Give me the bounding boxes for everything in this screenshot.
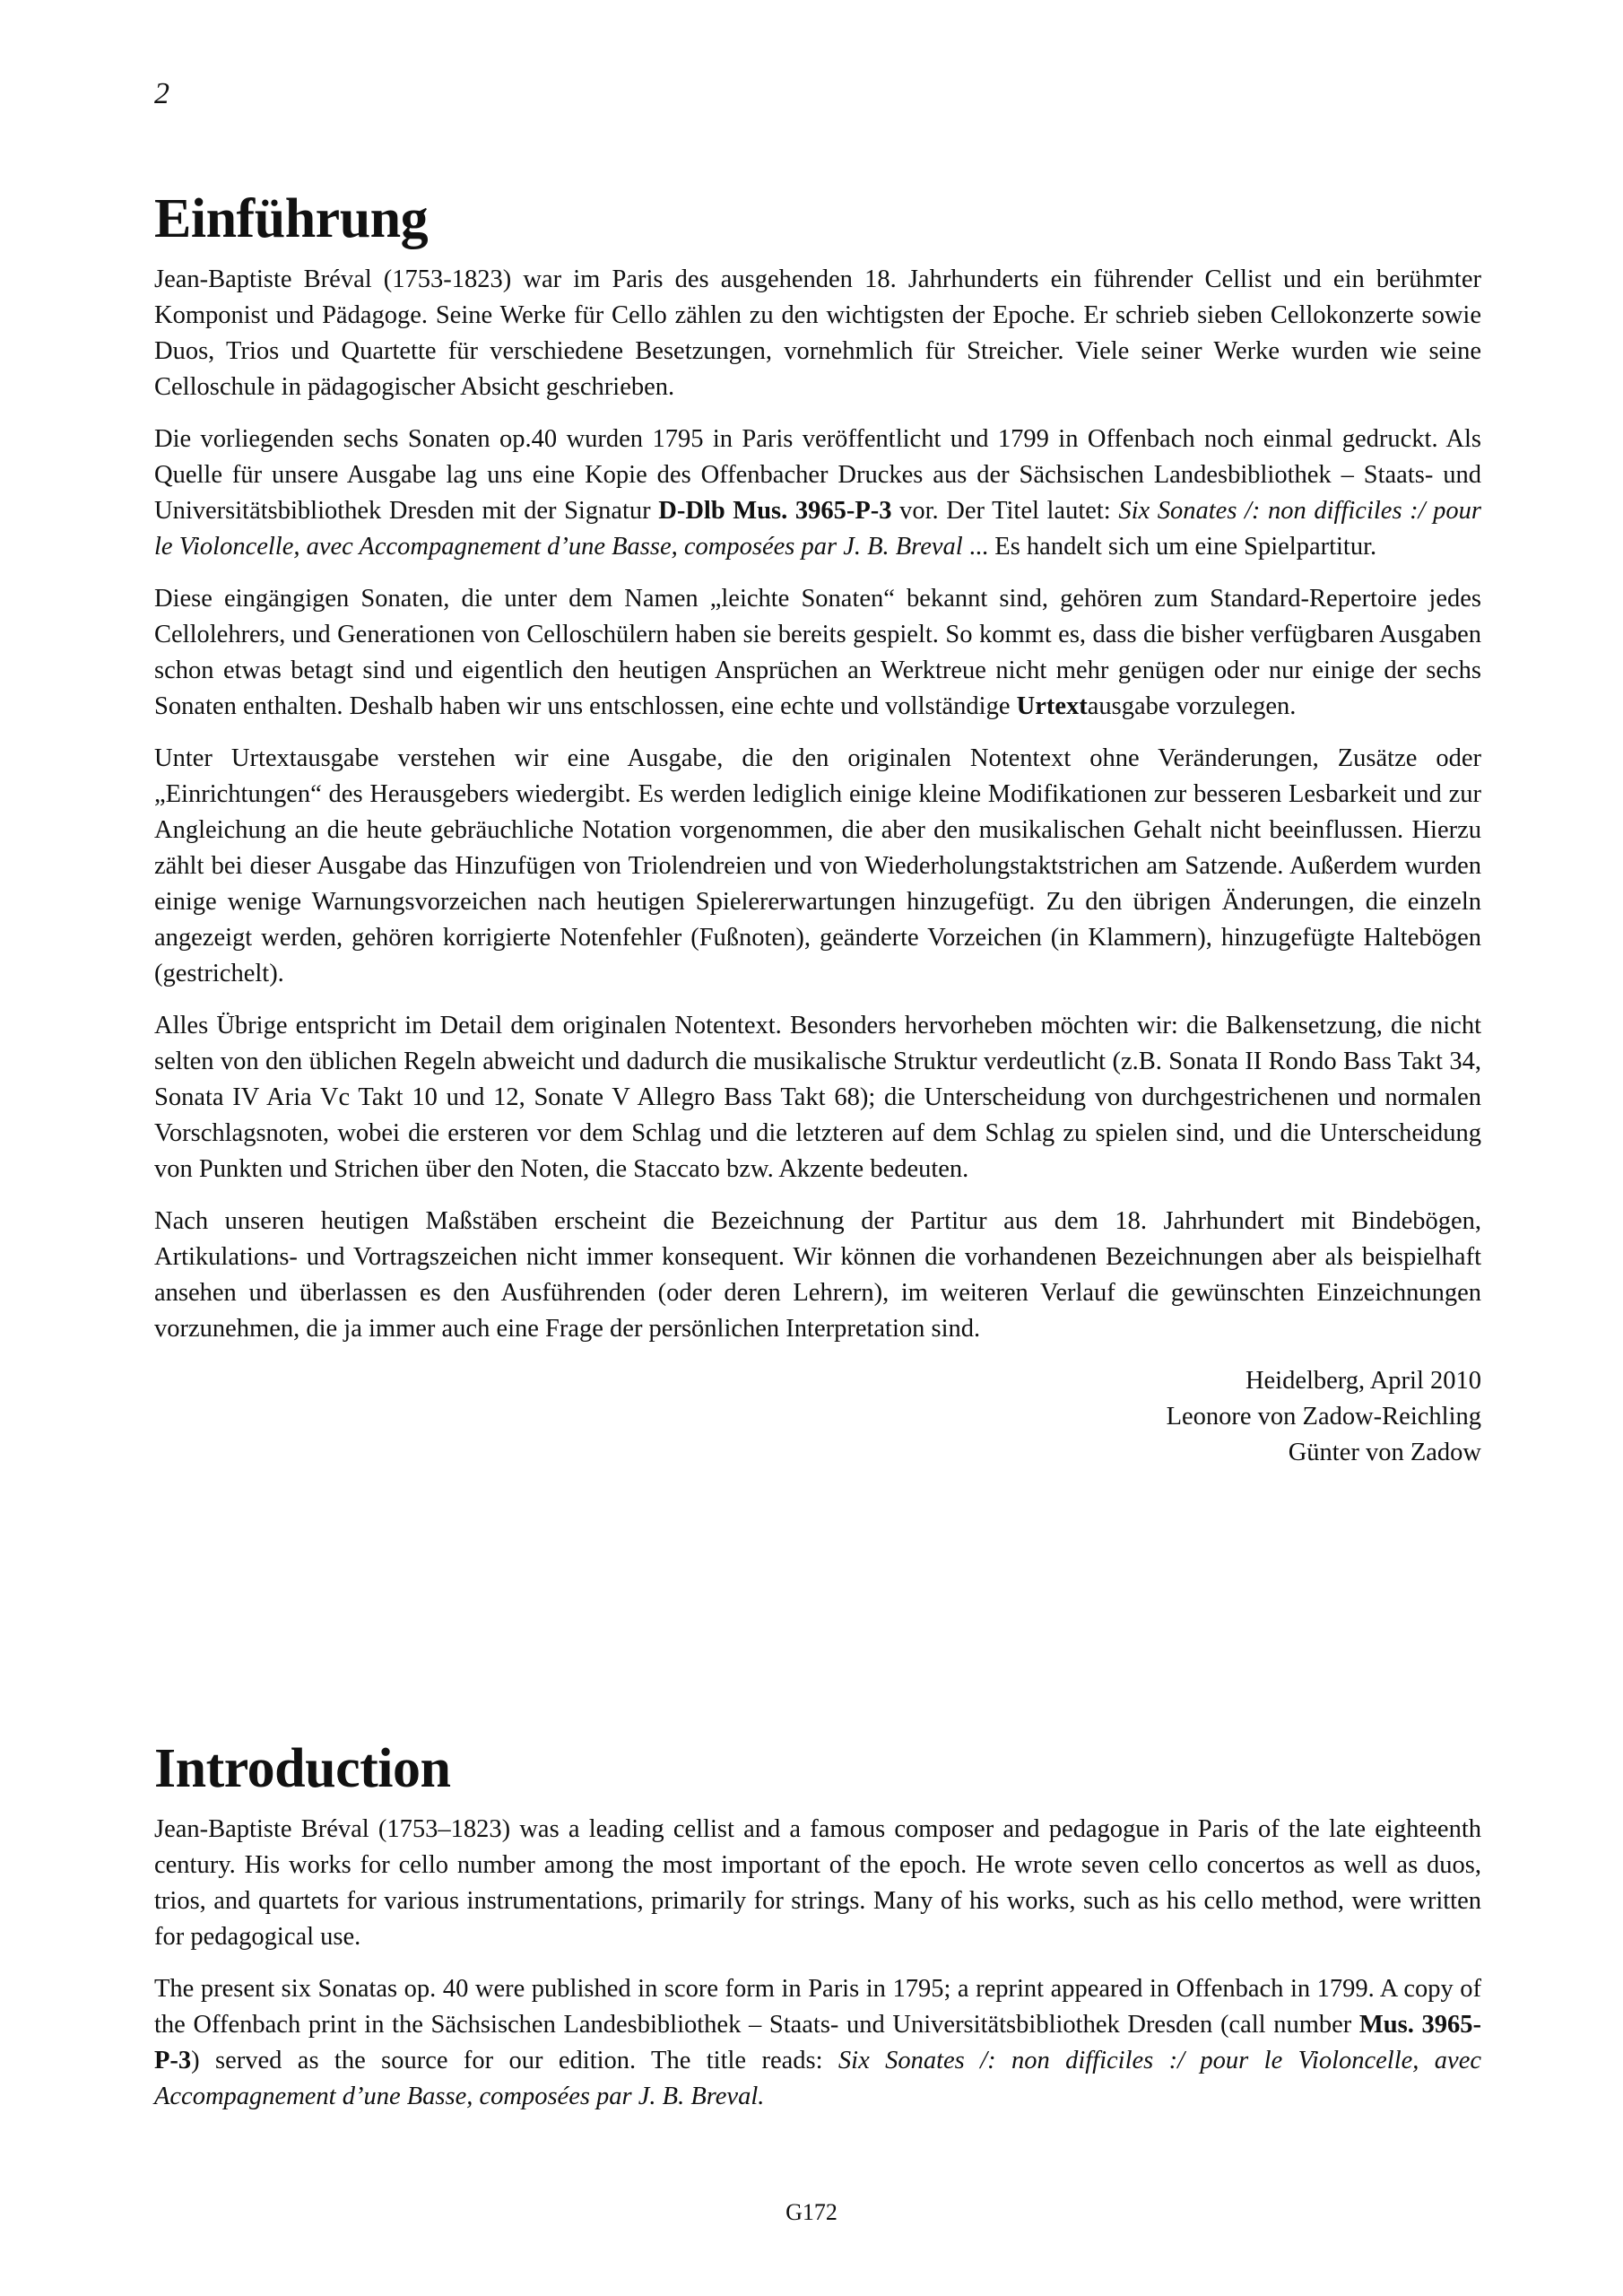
library-signature: D-Dlb Mus. 3965-P-3: [658, 497, 891, 525]
footer-catalog-code: G172: [0, 2199, 1623, 2226]
signature-block: Heidelberg, April 2010 Leonore von Zadow…: [154, 1363, 1481, 1471]
paragraph: Unter Urtextausgabe verstehen wir eine A…: [154, 741, 1481, 992]
english-section: Introduction Jean-Baptiste Bréval (1753–…: [154, 1738, 1481, 2131]
page-number: 2: [154, 77, 169, 111]
urtext-term: Urtext: [1017, 692, 1088, 720]
paragraph: Diese eingängigen Sonaten, die unter dem…: [154, 581, 1481, 725]
section-title-german: Einführung: [154, 188, 1481, 249]
section-title-english: Introduction: [154, 1738, 1481, 1799]
place-date: Heidelberg, April 2010: [154, 1363, 1481, 1399]
paragraph: Alles Übrige entspricht im Detail dem or…: [154, 1008, 1481, 1187]
german-section: Einführung Jean-Baptiste Bréval (1753-18…: [154, 188, 1481, 1471]
paragraph: Jean-Baptiste Bréval (1753-1823) war im …: [154, 262, 1481, 405]
paragraph: Jean-Baptiste Bréval (1753–1823) was a l…: [154, 1812, 1481, 1955]
paragraph: Nach unseren heutigen Maßstäben erschein…: [154, 1204, 1481, 1347]
paragraph: The present six Sonatas op. 40 were publ…: [154, 1971, 1481, 2115]
author-name: Leonore von Zadow-Reichling: [154, 1399, 1481, 1435]
author-name: Günter von Zadow: [154, 1435, 1481, 1471]
paragraph: Die vorliegenden sechs Sonaten op.40 wur…: [154, 422, 1481, 565]
